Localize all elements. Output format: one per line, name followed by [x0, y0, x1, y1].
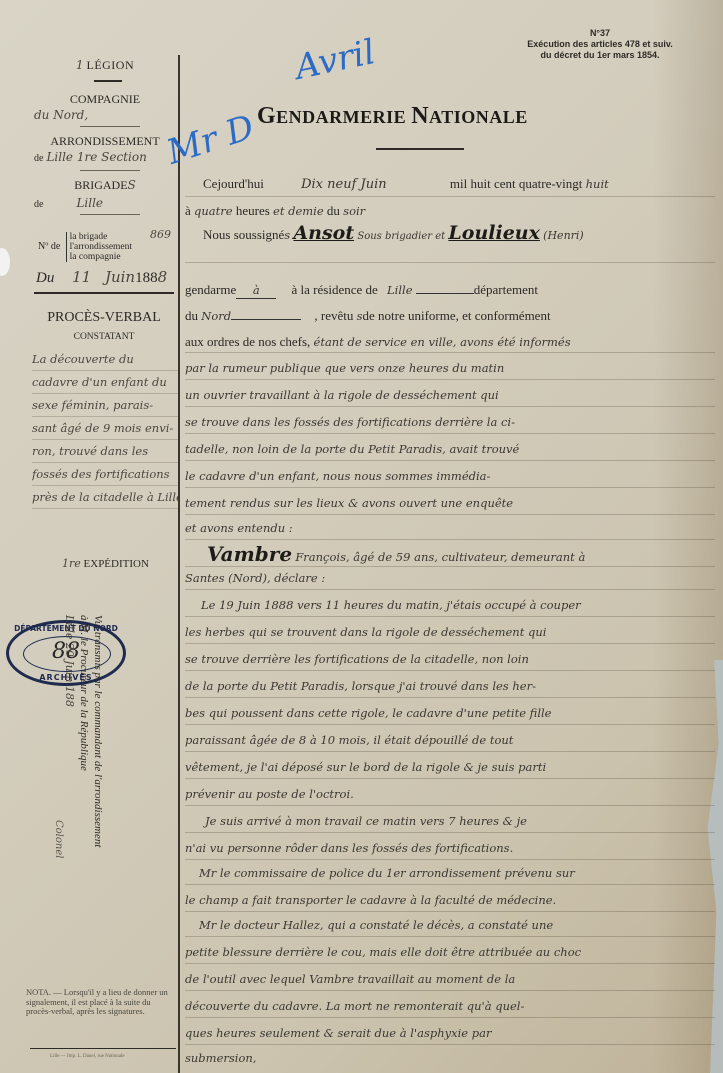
brigade-label: BRIGADE	[74, 178, 127, 192]
narrative-line: le cadavre d'un enfant, nous nous sommes…	[185, 469, 715, 483]
testimony-line: prévenir au poste de l'octroi.	[185, 787, 715, 801]
testimony-line: vêtement, je l'ai déposé sur le bord de …	[185, 760, 715, 774]
brigade-field: BRIGADES	[30, 178, 180, 193]
form-reference: N°37 Exécution des articles 478 et suiv.…	[470, 28, 723, 61]
testimony-line: les herbes qui se trouvent dans la rigol…	[185, 625, 715, 639]
case-summary: La découverte du cadavre d'un enfant du …	[32, 348, 178, 509]
arrondissement-value: de Lille 1re Section	[30, 150, 184, 165]
testimony-line: de la porte du Petit Paradis, lorsque j'…	[185, 679, 715, 693]
testimony-line: submersion,	[185, 1051, 715, 1065]
testimony-line: Mr le docteur Hallez, qui a constaté le …	[185, 918, 723, 932]
rule	[80, 126, 140, 127]
testimony-line: de l'outil avec lequel Vambre travaillai…	[185, 972, 715, 986]
officer-name-2: Loulieux	[448, 222, 540, 244]
narrative-line: tadelle, non loin de la porte du Petit P…	[185, 442, 715, 456]
testimony-line: petite blessure derrière le cou, mais el…	[185, 945, 715, 959]
compagnie-label: COMPAGNIE	[30, 92, 180, 107]
expedition-field: 1re EXPÉDITION	[62, 557, 149, 570]
officer-name-1: Ansot	[293, 222, 354, 244]
title-underline	[376, 148, 464, 150]
legion-label: LÉGION	[86, 58, 134, 72]
legion-field: 1 LÉGION	[30, 58, 180, 73]
witness-residence: Santes (Nord), déclare :	[185, 571, 715, 585]
punch-hole	[0, 248, 10, 276]
narrative-line: par la rumeur publique que vers onze heu…	[185, 361, 715, 375]
form-number: N°37	[470, 28, 723, 39]
page-shadow	[653, 0, 723, 1073]
legion-number: 1	[76, 58, 84, 72]
arrondissement-label: ARRONDISSEMENT	[30, 134, 180, 149]
brigade-value: de Lille	[30, 196, 184, 211]
document-page: 1 LÉGION COMPAGNIE du Nord, ARRONDISSEME…	[0, 0, 723, 1073]
testimony-line: bes qui poussent dans cette rigole, le c…	[185, 706, 715, 720]
testimony-line: paraissant âgée de 8 à 10 mois, il était…	[185, 733, 715, 747]
testimony-line: le champ a fait transporter le cadavre à…	[185, 893, 715, 907]
testimony-line: se trouve derrière les fortifications de…	[185, 652, 715, 666]
rule	[80, 214, 140, 215]
orders-line: aux ordres de nos chefs, étant de servic…	[185, 334, 715, 350]
rule	[94, 80, 122, 82]
witness-name: Vambre	[207, 542, 292, 566]
testimony-line: Mr le commissaire de police du 1er arron…	[185, 866, 723, 880]
testimony-line: ques heures seulement & serait due à l'a…	[185, 1026, 715, 1040]
date-line: Cejourd'hui Dix neuf Juin mil huit cent …	[185, 176, 715, 192]
rule	[30, 1048, 176, 1049]
uniform-line: du Nord , revêtu sde notre uniforme, et …	[185, 308, 715, 324]
rule	[80, 170, 140, 171]
residence-line: gendarmeà à la résidence de Lille départ…	[185, 282, 715, 299]
transmittal-signature: Colonel	[53, 820, 64, 858]
witness-line: Vambre François, âgé de 59 ans, cultivat…	[185, 542, 715, 566]
nota-footnote: NOTA. — Lorsqu'il y a lieu de donner un …	[26, 988, 176, 1017]
numero-block: Nº de la brigade l'arrondissement la com…	[38, 232, 132, 262]
numero-brigade-value: 869	[150, 228, 171, 241]
blue-annotation-top: Avril	[292, 32, 379, 88]
compagnie-value: du Nord,	[30, 108, 184, 123]
undersigned-line: Nous soussignés Ansot Sous brigadier et …	[185, 222, 715, 244]
testimony-line: Le 19 Juin 1888 vers 11 heures du matin,…	[185, 598, 723, 612]
narrative-line: et avons entendu :	[185, 521, 715, 535]
testimony-line: découverte du cadavre. La mort ne remont…	[185, 999, 715, 1013]
testimony-line: n'ai vu personne rôder dans les fossés d…	[185, 841, 715, 855]
printer-imprint: Lille — Imp. L. Danel, rue Nationale	[50, 1054, 125, 1059]
date-field: Du 11 Juin1888	[36, 268, 167, 287]
narrative-line: se trouve dans les fossés des fortificat…	[185, 415, 715, 429]
constatant-label: CONSTATANT	[34, 332, 174, 342]
rule	[34, 292, 174, 294]
time-line: à quatre heures et demie du soir	[185, 203, 715, 219]
transmittal-note: Vu, transmis par le commandant de l'arro…	[63, 615, 104, 847]
testimony-line: Je suis arrivé à mon travail ce matin ve…	[185, 814, 723, 828]
proces-verbal-label: PROCÈS-VERBAL	[34, 310, 174, 326]
narrative-line: tement rendus sur les lieux & avons ouve…	[185, 496, 715, 510]
page-title: GENDARMERIE NATIONALE	[257, 103, 528, 130]
narrative-line: un ouvrier travaillant à la rigole de de…	[185, 388, 715, 402]
